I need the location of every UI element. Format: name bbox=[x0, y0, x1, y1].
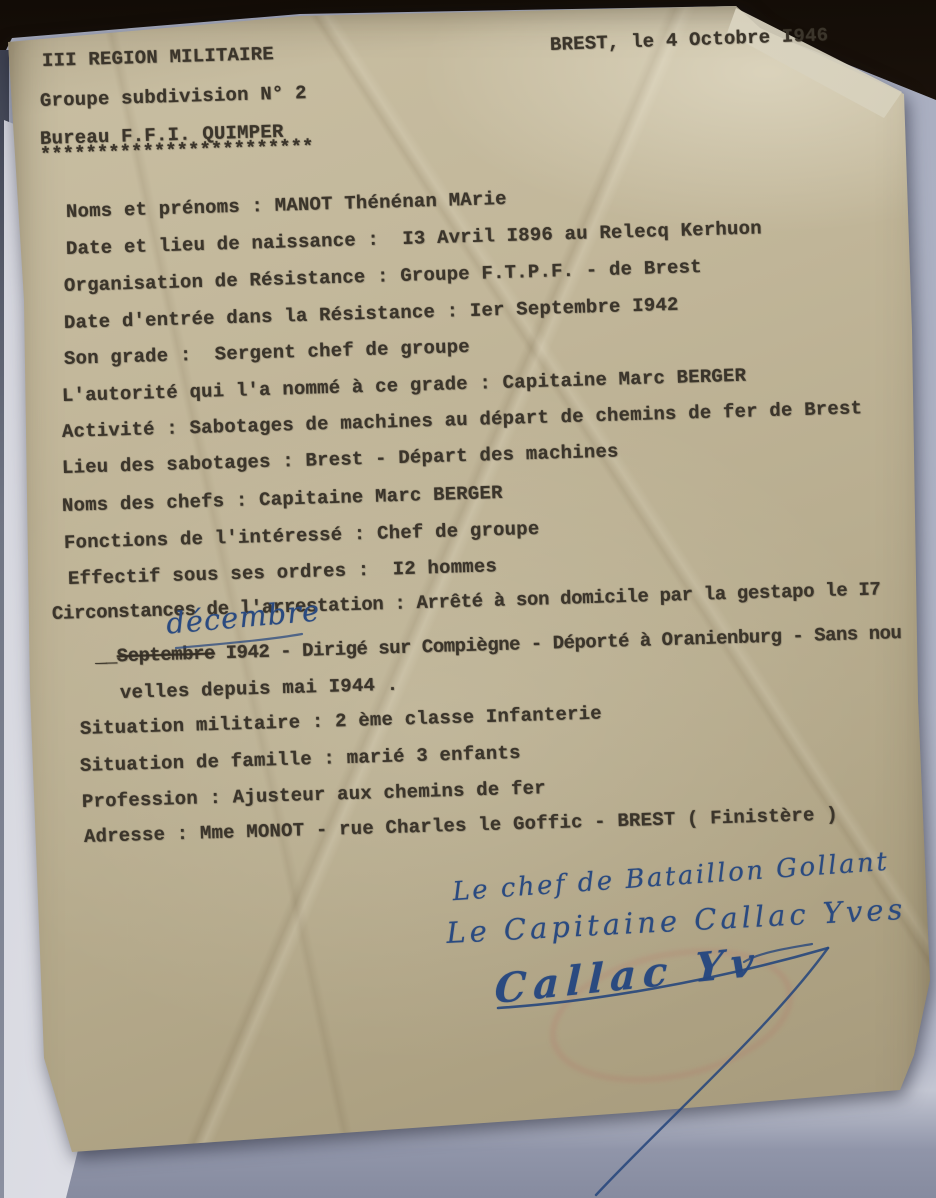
struck-word: Septembre bbox=[116, 642, 215, 667]
underscore-prefix: __ bbox=[95, 645, 117, 668]
scanned-document-photo: III REGION MILITAIRE Groupe subdivision … bbox=[0, 0, 936, 1198]
